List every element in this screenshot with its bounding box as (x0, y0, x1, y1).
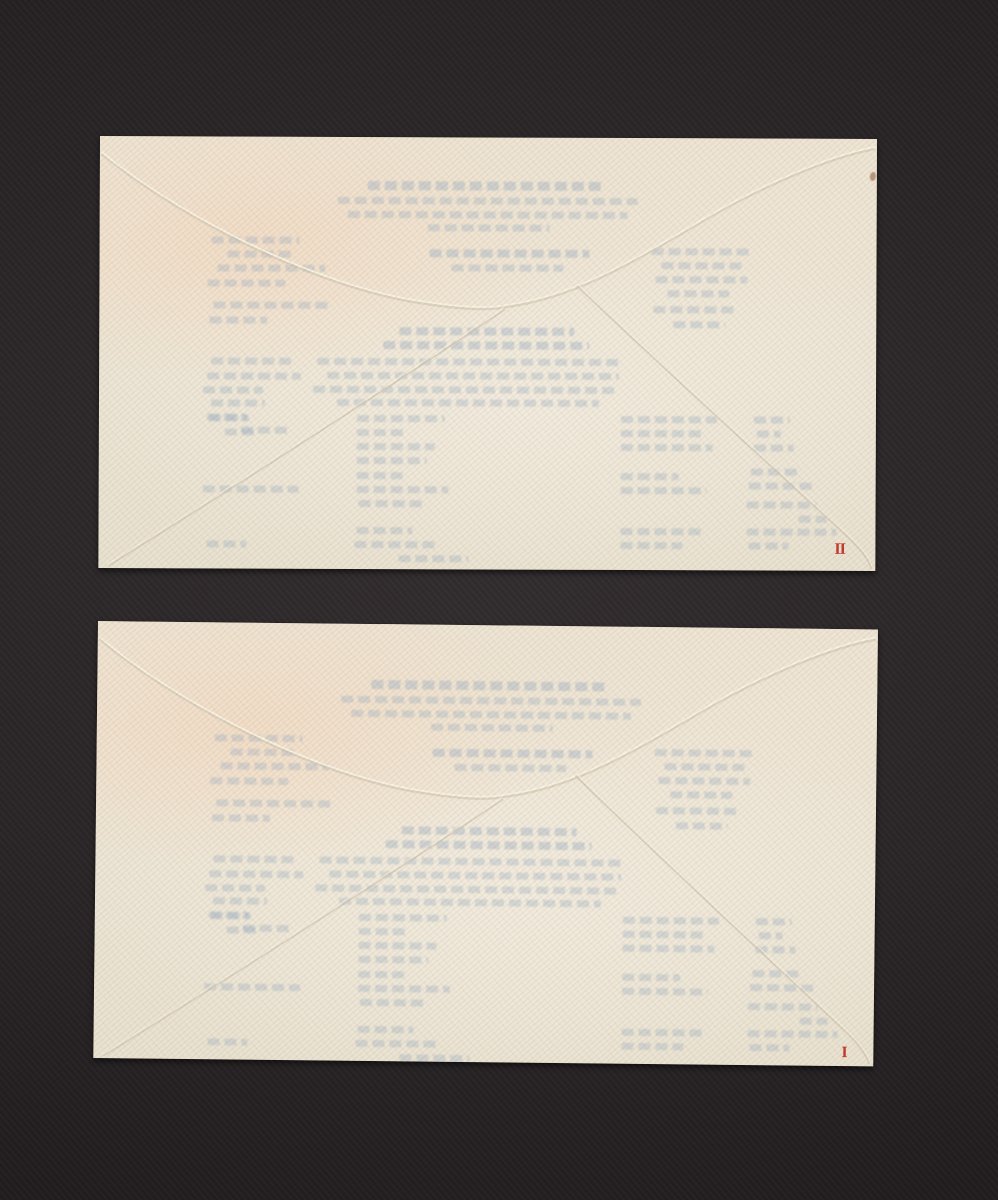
envelope-bottom: I (93, 621, 878, 1066)
plate-number-mark-i: I (841, 1045, 846, 1061)
left-flap-crease-highlight (107, 306, 503, 566)
flap-edge-crease-shadow (98, 631, 876, 803)
envelope-top: II (98, 136, 877, 571)
flap-edge-crease (101, 144, 875, 309)
plate-number-mark-ii: II (834, 542, 845, 558)
right-flap-crease (572, 776, 872, 1064)
right-flap-crease-highlight (577, 284, 874, 567)
flap-edge-crease (98, 629, 876, 801)
envelope-flap-creases (93, 621, 878, 1066)
right-flap-crease (576, 286, 873, 569)
envelope-flap-creases (98, 136, 877, 571)
photo-backdrop: II I (0, 0, 998, 1200)
